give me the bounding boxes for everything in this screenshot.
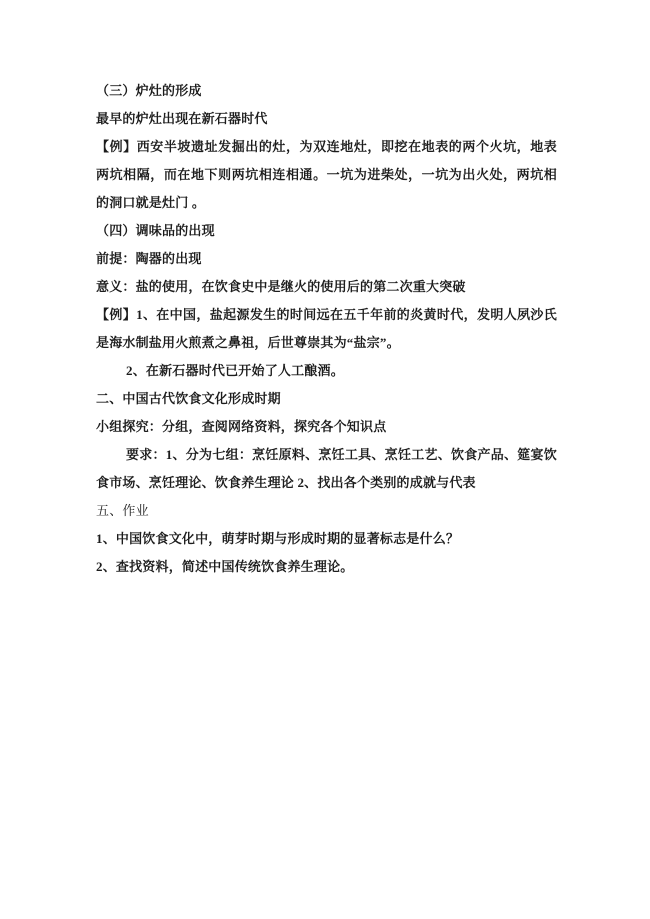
text-line-example-banpo-2: 两坑相隔，而在地下则两坑相连相通。一坑为进柴处，一坑为出火处，两坑相通 [96, 161, 557, 189]
heading-section-3-stove-formation: （三）炉灶的形成 [96, 77, 557, 105]
text-line-premise-pottery: 前提：陶器的出现 [96, 245, 557, 273]
text-line-group-inquiry: 小组探究：分组，查阅网络资料，探究各个知识点 [96, 413, 557, 441]
heading-section-5-homework: 五、作业 [96, 497, 557, 525]
text-line-earliest-stove: 最早的炉灶出现在新石器时代 [96, 105, 557, 133]
document-page: （三）炉灶的形成 最早的炉灶出现在新石器时代 【例】西安半坡遗址发掘出的灶，为双… [0, 0, 650, 919]
text-line-example-banpo-1: 【例】西安半坡遗址发掘出的灶，为双连地灶，即挖在地表的两个火坑，地表上 [96, 133, 557, 161]
text-line-requirements-1: 要求：1、分为七组：烹饪原料、烹饪工具、烹饪工艺、饮食产品、筵宴饮 [96, 441, 557, 469]
text-line-homework-question-1: 1、中国饮食文化中，萌芽时期与形成时期的显著标志是什么？ [96, 525, 557, 553]
heading-section-4-seasoning: （四）调味品的出现 [96, 217, 557, 245]
text-line-example-salt-origin-2: 是海水制盐用火煎煮之鼻祖，后世尊崇其为“盐宗”。 [96, 329, 557, 357]
text-line-example-banpo-3: 的洞口就是灶门 。 [96, 189, 557, 217]
text-line-example-salt-origin-1: 【例】1、在中国，盐起源发生的时间远在五千年前的炎黄时代，发明人夙沙氏 [96, 301, 557, 329]
document-text-block: （三）炉灶的形成 最早的炉灶出现在新石器时代 【例】西安半坡遗址发掘出的灶，为双… [96, 77, 557, 581]
text-line-homework-question-2: 2、查找资料，简述中国传统饮食养生理论。 [96, 553, 557, 581]
text-line-requirements-2: 食市场、烹饪理论、饮食养生理论 2、找出各个类别的成就与代表 [96, 469, 557, 497]
heading-section-2-formation-period: 二、中国古代饮食文化形成时期 [96, 385, 557, 413]
text-line-example-wine-brewing: 2、在新石器时代已开始了人工酿酒。 [96, 357, 557, 385]
text-line-significance-salt: 意义：盐的使用，在饮食史中是继火的使用后的第二次重大突破 [96, 273, 557, 301]
